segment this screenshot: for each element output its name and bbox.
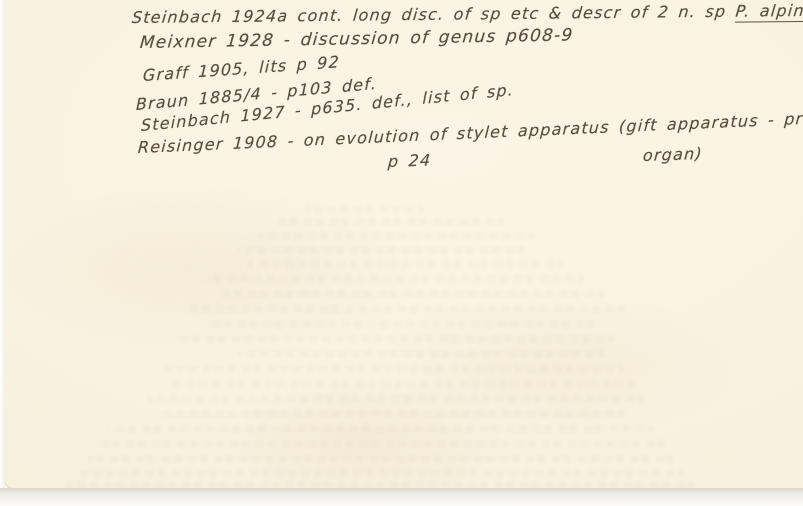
ghost-line <box>207 320 595 328</box>
handwritten-line-1: Steinbach 1924a cont. long disc. of sp e… <box>131 0 803 27</box>
ghost-line <box>217 290 605 298</box>
ghost-line <box>157 365 625 373</box>
scanned-page: Steinbach 1924a cont. long disc. of sp e… <box>0 0 803 506</box>
ghost-line <box>207 275 585 283</box>
ghost-line <box>97 440 665 448</box>
handwritten-line-6-wrap: organ) <box>642 144 703 165</box>
ghost-line <box>277 218 505 226</box>
index-card: Steinbach 1924a cont. long disc. of sp e… <box>5 0 803 488</box>
handwritten-line-2: Meixner 1928 - discussion of genus p608-… <box>139 25 574 53</box>
line1-text: Steinbach 1924a cont. long disc. of sp e… <box>131 2 736 27</box>
ghost-line <box>187 305 625 313</box>
ghost-line <box>237 350 605 358</box>
ghost-line <box>167 380 635 388</box>
ghost-line <box>177 335 615 343</box>
ghost-line <box>157 410 625 418</box>
scan-margin-left <box>0 0 5 488</box>
ghost-line <box>305 205 425 213</box>
ghost-line <box>247 260 565 268</box>
handwritten-line-6-page-ref: p 24 <box>387 150 432 171</box>
ghost-line <box>257 232 535 240</box>
ghost-line <box>77 469 685 477</box>
ghost-line <box>107 425 655 433</box>
ghost-line <box>87 455 675 463</box>
species-name-underlined: P. alpina <box>735 1 803 23</box>
ghost-line <box>147 395 645 403</box>
scan-margin-bottom <box>0 488 803 506</box>
ghost-line <box>237 246 525 254</box>
